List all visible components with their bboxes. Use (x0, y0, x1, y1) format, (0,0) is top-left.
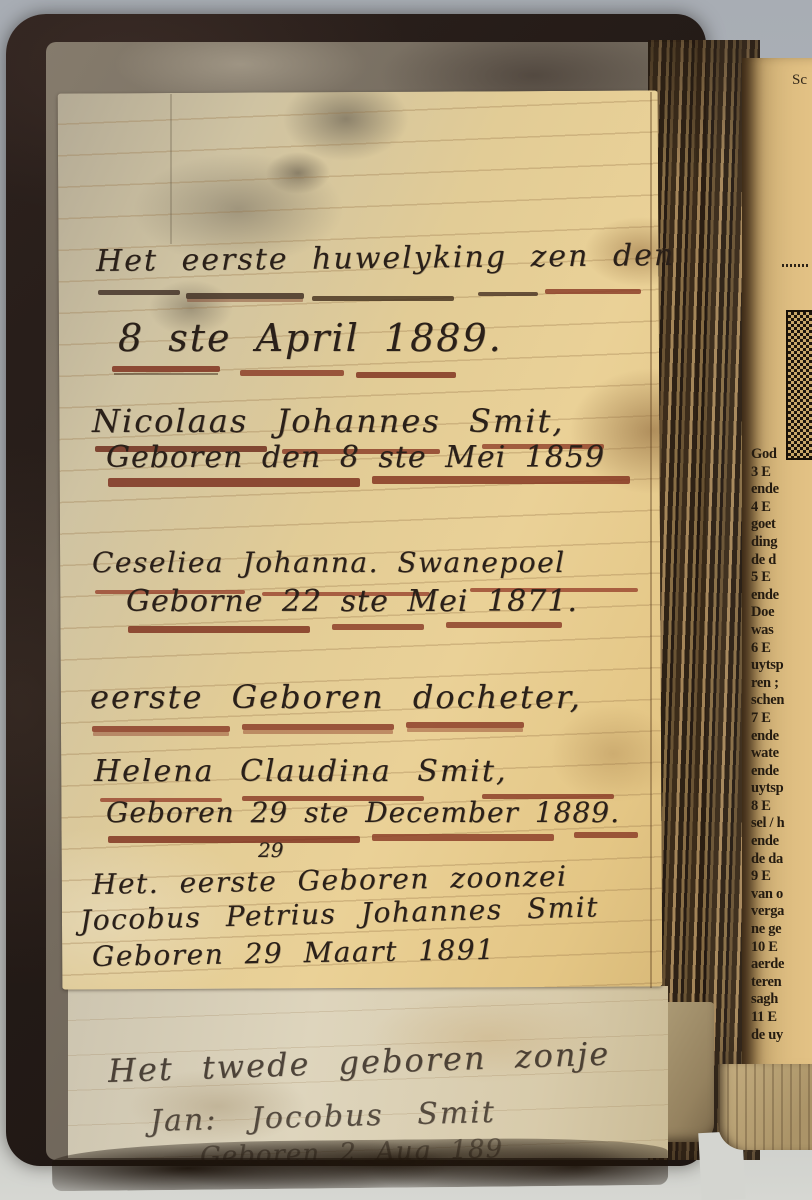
printed-text-fragment: ende (742, 763, 812, 781)
underline-stroke (545, 289, 641, 294)
printed-text-fragment: 4 E (742, 499, 812, 517)
handwriting-line: Geborne 22 ste Mei 1871. (126, 584, 578, 619)
underline-stroke (332, 624, 424, 630)
printed-text-fragment: 10 E (742, 939, 812, 957)
printed-text-fragment: teren (742, 974, 812, 992)
printed-text-column: God3 Eende4 Egoetdingde d5 EendeDoewas6 … (742, 446, 812, 1044)
page-crease (170, 94, 172, 244)
handwriting-line: eerste Geboren docheter, (90, 678, 582, 716)
printed-text-fragment: 5 E (742, 569, 812, 587)
underline-stroke (478, 292, 538, 296)
underline-stroke (108, 836, 360, 843)
printed-text-fragment: goet (742, 516, 812, 534)
printed-text-fragment: sel / h (742, 815, 812, 833)
printed-text-fragment: schen (742, 692, 812, 710)
handwriting-line: Geboren 29 Maart 1891 (92, 933, 496, 973)
underline-stroke (128, 626, 310, 633)
printed-text-fragment: Doe (742, 604, 812, 622)
printed-text-fragment: aerde (742, 956, 812, 974)
underline-stroke (108, 478, 360, 487)
printed-bible-page-edge: Sc God3 Eende4 Egoetdingde d5 EendeDoewa… (742, 58, 812, 1072)
printed-text-fragment: ende (742, 587, 812, 605)
printed-text-fragment: uytsp (742, 657, 812, 675)
printed-text-fragment: 6 E (742, 640, 812, 658)
printed-rule-fragment (782, 264, 810, 267)
handwriting-line: Het eerste huwelyking zen den (96, 238, 676, 279)
printed-text-fragment: ende (742, 833, 812, 851)
printed-text-fragment: ren ; (742, 675, 812, 693)
underline-stroke (372, 834, 554, 841)
printed-text-fragment: ende (742, 728, 812, 746)
printed-text-fragment: 3 E (742, 464, 812, 482)
printed-text-fragment: de d (742, 552, 812, 570)
printed-header-fragment: Sc (792, 72, 807, 89)
printed-text-fragment: was (742, 622, 812, 640)
handwritten-register-page (58, 90, 663, 989)
underline-stroke (356, 372, 456, 378)
underline-stroke (112, 366, 220, 372)
printed-text-fragment: ne ge (742, 921, 812, 939)
underline-stroke (240, 370, 344, 376)
page-block-edge-right (718, 1064, 812, 1150)
printed-text-fragment: de uy (742, 1027, 812, 1045)
printed-text-fragment: wate (742, 745, 812, 763)
printed-text-fragment: sagh (742, 991, 812, 1009)
handwriting-line: 29 (258, 838, 283, 862)
printed-text-fragment: 8 E (742, 798, 812, 816)
printed-text-fragment: de da (742, 851, 812, 869)
handwriting-line: Ceseliea Johanna. Swanepoel (92, 546, 566, 579)
printed-text-fragment: 7 E (742, 710, 812, 728)
printed-text-fragment: 9 E (742, 868, 812, 886)
printed-text-fragment: uytsp (742, 780, 812, 798)
handwriting-line: Geboren den 8 ste Mei 1859 (106, 440, 605, 475)
printed-text-fragment: van o (742, 886, 812, 904)
underline-stroke (186, 293, 304, 299)
printed-text-fragment: 11 E (742, 1009, 812, 1027)
woodcut-initial-ornament (786, 310, 812, 460)
handwriting-line: Nicolaas Johannes Smit, (92, 402, 564, 440)
underline-stroke (242, 724, 394, 730)
printed-text-fragment: ende (742, 481, 812, 499)
printed-text-fragment: God (742, 446, 812, 464)
photo-of-family-bible: Sc God3 Eende4 Egoetdingde d5 EendeDoewa… (0, 0, 812, 1200)
underline-stroke (372, 476, 630, 484)
handwriting-line: 8 ste April 1889. (118, 316, 503, 360)
page-crease (650, 92, 652, 988)
underline-stroke (446, 622, 562, 628)
printed-text-fragment: ding (742, 534, 812, 552)
underline-stroke (98, 290, 180, 295)
underline-stroke (574, 832, 638, 838)
underline-stroke (312, 296, 454, 301)
handwriting-line: Helena Claudina Smit, (94, 754, 508, 789)
handwriting-line: Geboren 29 ste December 1889. (106, 796, 620, 829)
underline-stroke (92, 726, 230, 732)
underline-stroke (406, 722, 524, 728)
printed-text-fragment: verga (742, 903, 812, 921)
